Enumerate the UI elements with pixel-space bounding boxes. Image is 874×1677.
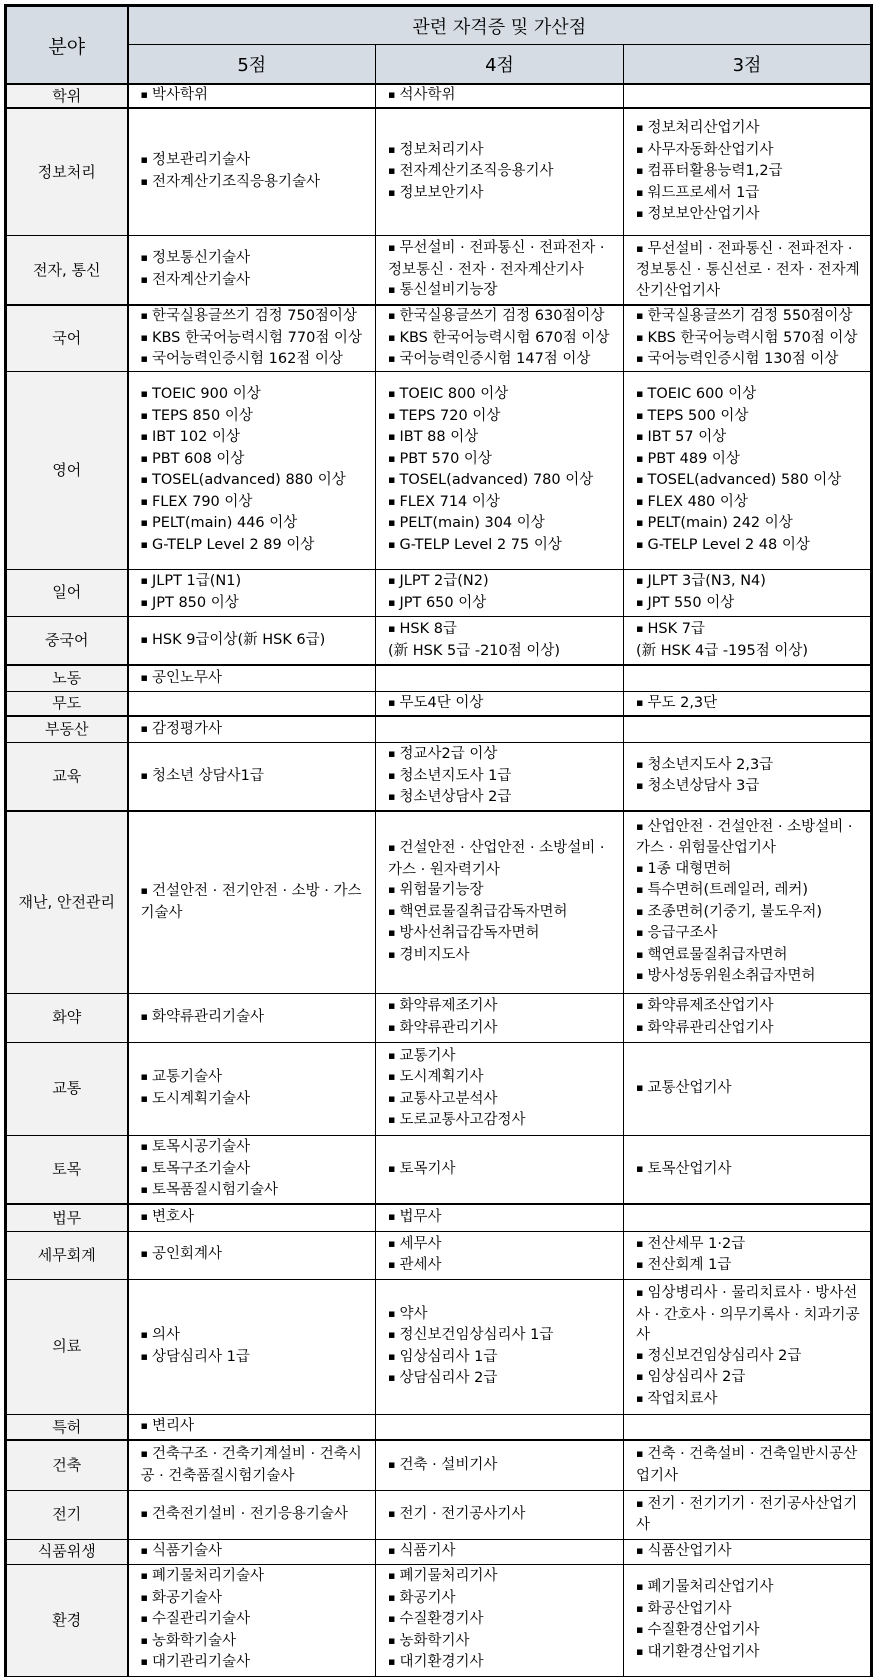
- score-header-5: 5점: [128, 45, 376, 85]
- certification-item: 화약류관리산업기사: [636, 1018, 866, 1040]
- table-row: 토목토목시공기술사토목구조기술사토목품질시험기술사토목기사토목산업기사: [6, 1135, 872, 1204]
- certification-item: 상담심리사 2급: [388, 1368, 619, 1390]
- certification-item: G-TELP Level 2 89 이상: [141, 535, 372, 557]
- score-5-cell: 건축전기설비 · 전기응용기술사: [128, 1490, 376, 1539]
- score-4-cell: 식품기사: [376, 1539, 624, 1564]
- certification-item: 화약류제조산업기사: [636, 996, 866, 1018]
- score-5-cell: HSK 9급이상(新 HSK 6급): [128, 616, 376, 665]
- score-5-cell: TOEIC 900 이상TEPS 850 이상IBT 102 이상PBT 608…: [128, 371, 376, 569]
- certification-item: (新 HSK 5급 -210점 이상): [388, 641, 619, 662]
- certification-item: 핵연료물질취급감독자면허: [388, 902, 619, 924]
- certification-item: 전산세무 1·2급: [636, 1234, 866, 1256]
- score-3-cell: 청소년지도사 2,3급청소년상담사 3급: [624, 742, 872, 811]
- score-5-cell: 박사학위: [128, 84, 376, 108]
- certification-item: 법무사: [388, 1207, 619, 1229]
- field-cell: 학위: [6, 84, 128, 108]
- score-header-4: 4점: [376, 45, 624, 85]
- table-row: 국어한국실용글쓰기 검정 750점이상KBS 한국어능력시험 770점 이상국어…: [6, 305, 872, 371]
- score-4-cell: [376, 716, 624, 742]
- certification-item: 화약류제조기사: [388, 996, 619, 1018]
- score-4-cell: 토목기사: [376, 1135, 624, 1204]
- score-3-cell: 폐기물처리산업기사화공산업기사수질환경산업기사대기환경산업기사: [624, 1564, 872, 1677]
- certification-item: 전자계산기조직응용기술사: [141, 172, 372, 194]
- certification-item: 청소년상담사 2급: [388, 787, 619, 809]
- score-4-cell: 정보처리기사전자계산기조직응용기사정보보안기사: [376, 108, 624, 235]
- certification-item: 정보보안기사: [388, 183, 619, 205]
- certification-item: JPT 650 이상: [388, 593, 619, 615]
- score-4-cell: 법무사: [376, 1204, 624, 1231]
- certification-bonus-table: 분야 관련 자격증 및 가산점 5점 4점 3점 학위박사학위석사학위정보처리정…: [4, 4, 873, 1677]
- table-row: 건축건축구조 · 건축기계설비 · 건축시공 · 건축품질시험기술사건축 · 설…: [6, 1440, 872, 1490]
- certification-item: 화약류관리기사: [388, 1018, 619, 1040]
- score-5-cell: 공인노무사: [128, 665, 376, 691]
- score-4-cell: 전기 · 전기공사기사: [376, 1490, 624, 1539]
- certification-item: 대기환경기사: [388, 1652, 619, 1674]
- field-cell: 토목: [6, 1135, 128, 1204]
- field-cell: 건축: [6, 1440, 128, 1490]
- certification-item: TOEIC 600 이상: [636, 384, 866, 406]
- certification-item: 청소년상담사 3급: [636, 776, 866, 798]
- field-cell: 국어: [6, 305, 128, 371]
- certification-item: 국어능력인증시험 147점 이상: [388, 349, 619, 371]
- table-row: 법무변호사법무사: [6, 1204, 872, 1231]
- score-4-cell: [376, 1414, 624, 1440]
- certification-item: 화공산업기사: [636, 1599, 866, 1621]
- certification-item: 조종면허(기중기, 불도우저): [636, 902, 866, 924]
- score-5-cell: 교통기술사도시계획기술사: [128, 1042, 376, 1135]
- certification-item: 교통사고분석사: [388, 1089, 619, 1111]
- table-row: 의료의사상담심리사 1급약사정신보건임상심리사 1급임상심리사 1급상담심리사 …: [6, 1279, 872, 1414]
- certification-item: 국어능력인증시험 162점 이상: [141, 349, 372, 371]
- certification-item: 핵연료물질취급자면허: [636, 945, 866, 967]
- table-row: 교통교통기술사도시계획기술사교통기사도시계획기사교통사고분석사도로교통사고감정사…: [6, 1042, 872, 1135]
- score-5-cell: 한국실용글쓰기 검정 750점이상KBS 한국어능력시험 770점 이상국어능력…: [128, 305, 376, 371]
- field-cell: 무도: [6, 691, 128, 716]
- table-row: 일어JLPT 1급(N1)JPT 850 이상JLPT 2급(N2)JPT 65…: [6, 569, 872, 616]
- table-row: 교육청소년 상담사1급정교사2급 이상청소년지도사 1급청소년상담사 2급청소년…: [6, 742, 872, 811]
- certification-item: PELT(main) 242 이상: [636, 513, 866, 535]
- field-cell: 화약: [6, 993, 128, 1042]
- certification-item: 토목시공기술사: [141, 1137, 372, 1159]
- certification-item: 건설안전 · 전기안전 · 소방 · 가스기술사: [141, 881, 372, 923]
- certification-item: 대기관리기술사: [141, 1652, 372, 1674]
- certification-item: TOSEL(advanced) 880 이상: [141, 470, 372, 492]
- score-3-cell: 정보처리산업기사사무자동화산업기사컴퓨터활용능력1,2급워드프로세서 1급정보보…: [624, 108, 872, 235]
- certification-item: G-TELP Level 2 48 이상: [636, 535, 866, 557]
- certification-item: HSK 8급: [388, 619, 619, 641]
- certification-item: 정보처리산업기사: [636, 118, 866, 140]
- certification-item: 공인노무사: [141, 668, 372, 690]
- score-4-cell: 무선설비 · 전파통신 · 전파전자 · 정보통신 · 전자 · 전자계산기사통…: [376, 235, 624, 305]
- table-row: 영어TOEIC 900 이상TEPS 850 이상IBT 102 이상PBT 6…: [6, 371, 872, 569]
- certification-item: IBT 88 이상: [388, 427, 619, 449]
- certification-item: TEPS 500 이상: [636, 406, 866, 428]
- field-cell: 교육: [6, 742, 128, 811]
- certification-item: JLPT 2급(N2): [388, 571, 619, 593]
- certification-item: 정보보안산업기사: [636, 204, 866, 226]
- certification-item: 화공기술사: [141, 1588, 372, 1610]
- certification-item: 경비지도사: [388, 945, 619, 967]
- score-3-cell: JLPT 3급(N3, N4)JPT 550 이상: [624, 569, 872, 616]
- score-3-cell: 무도 2,3단: [624, 691, 872, 716]
- certification-item: JLPT 3급(N3, N4): [636, 571, 866, 593]
- certification-item: 교통산업기사: [636, 1078, 866, 1100]
- score-3-cell: 전산세무 1·2급전산회계 1급: [624, 1231, 872, 1279]
- certification-item: 방사성동위원소취급자면허: [636, 966, 866, 988]
- table-row: 정보처리정보관리기술사전자계산기조직응용기술사정보처리기사전자계산기조직응용기사…: [6, 108, 872, 235]
- score-5-cell: 식품기술사: [128, 1539, 376, 1564]
- certification-item: 1종 대형면허: [636, 859, 866, 881]
- certification-item: 변호사: [141, 1207, 372, 1229]
- field-cell: 의료: [6, 1279, 128, 1414]
- certification-item: 감정평가사: [141, 719, 372, 741]
- certification-item: 워드프로세서 1급: [636, 183, 866, 205]
- certification-item: 정신보건임상심리사 1급: [388, 1325, 619, 1347]
- certification-item: 전자계산기조직응용기사: [388, 161, 619, 183]
- certification-item: 석사학위: [388, 85, 619, 107]
- table-row: 화약화약류관리기술사화약류제조기사화약류관리기사화약류제조산업기사화약류관리산업…: [6, 993, 872, 1042]
- field-cell: 일어: [6, 569, 128, 616]
- certification-item: 농화학기사: [388, 1631, 619, 1653]
- certification-item: HSK 9급이상(新 HSK 6급): [141, 630, 372, 652]
- field-cell: 정보처리: [6, 108, 128, 235]
- certification-item: 식품산업기사: [636, 1541, 866, 1563]
- certification-item: 산업안전 · 건설안전 · 소방설비 · 가스 · 위험물산업기사: [636, 817, 866, 859]
- certification-item: 건축 · 건축설비 · 건축일반시공산업기사: [636, 1444, 866, 1486]
- score-3-cell: 화약류제조산업기사화약류관리산업기사: [624, 993, 872, 1042]
- certification-item: 임상심리사 1급: [388, 1347, 619, 1369]
- score-5-cell: 청소년 상담사1급: [128, 742, 376, 811]
- certification-item: (新 HSK 4급 -195점 이상): [636, 641, 866, 662]
- score-5-cell: 건설안전 · 전기안전 · 소방 · 가스기술사: [128, 811, 376, 993]
- certification-item: 상담심리사 1급: [141, 1347, 372, 1369]
- score-4-cell: HSK 8급(新 HSK 5급 -210점 이상): [376, 616, 624, 665]
- certification-item: TOEIC 800 이상: [388, 384, 619, 406]
- certification-item: TOSEL(advanced) 780 이상: [388, 470, 619, 492]
- certification-item: 폐기물처리산업기사: [636, 1577, 866, 1599]
- certification-item: PELT(main) 304 이상: [388, 513, 619, 535]
- score-4-cell: 한국실용글쓰기 검정 630점이상KBS 한국어능력시험 670점 이상국어능력…: [376, 305, 624, 371]
- certification-item: 특수면허(트레일러, 레커): [636, 880, 866, 902]
- table-row: 환경폐기물처리기술사화공기술사수질관리기술사농화학기술사대기관리기술사폐기물처리…: [6, 1564, 872, 1677]
- certification-item: 공인회계사: [141, 1244, 372, 1266]
- certification-item: 정보통신기술사: [141, 248, 372, 270]
- certification-item: 토목산업기사: [636, 1159, 866, 1181]
- score-4-cell: TOEIC 800 이상TEPS 720 이상IBT 88 이상PBT 570 …: [376, 371, 624, 569]
- table-row: 중국어HSK 9급이상(新 HSK 6급)HSK 8급(新 HSK 5급 -21…: [6, 616, 872, 665]
- certification-item: 임상심리사 2급: [636, 1367, 866, 1389]
- certification-item: 위험물기능장: [388, 880, 619, 902]
- certification-item: 사무자동화산업기사: [636, 140, 866, 162]
- certification-item: FLEX 790 이상: [141, 492, 372, 514]
- certification-item: PBT 608 이상: [141, 449, 372, 471]
- certification-item: 무선설비 · 전파통신 · 전파전자 · 정보통신 · 통신선로 · 전자 · …: [636, 239, 866, 302]
- certification-item: 토목품질시험기술사: [141, 1180, 372, 1202]
- certification-item: 도로교통사고감정사: [388, 1110, 619, 1132]
- score-4-cell: 무도4단 이상: [376, 691, 624, 716]
- certification-item: 수질환경기사: [388, 1609, 619, 1631]
- field-cell: 세무회계: [6, 1231, 128, 1279]
- certification-item: 한국실용글쓰기 검정 630점이상: [388, 306, 619, 328]
- certification-item: 건축 · 설비기사: [388, 1455, 619, 1477]
- score-5-cell: 변호사: [128, 1204, 376, 1231]
- certification-item: 교통기사: [388, 1046, 619, 1068]
- certification-item: 건축전기설비 · 전기응용기술사: [141, 1504, 372, 1526]
- certification-item: TEPS 850 이상: [141, 406, 372, 428]
- score-3-cell: 교통산업기사: [624, 1042, 872, 1135]
- score-5-cell: 폐기물처리기술사화공기술사수질관리기술사농화학기술사대기관리기술사: [128, 1564, 376, 1677]
- certification-item: 전기 · 전기기기 · 전기공사산업기사: [636, 1494, 866, 1536]
- certification-item: 도시계획기술사: [141, 1089, 372, 1111]
- table-row: 식품위생식품기술사식품기사식품산업기사: [6, 1539, 872, 1564]
- certification-item: 관세사: [388, 1255, 619, 1277]
- certification-item: 도시계획기사: [388, 1067, 619, 1089]
- certification-item: 폐기물처리기사: [388, 1566, 619, 1588]
- field-cell: 식품위생: [6, 1539, 128, 1564]
- field-cell: 재난, 안전관리: [6, 811, 128, 993]
- table-body: 학위박사학위석사학위정보처리정보관리기술사전자계산기조직응용기술사정보처리기사전…: [6, 84, 872, 1677]
- table-row: 전자, 통신정보통신기술사전자계산기술사무선설비 · 전파통신 · 전파전자 ·…: [6, 235, 872, 305]
- certification-item: PBT 489 이상: [636, 449, 866, 471]
- score-3-cell: [624, 716, 872, 742]
- field-cell: 노동: [6, 665, 128, 691]
- certification-item: 무선설비 · 전파통신 · 전파전자 · 정보통신 · 전자 · 전자계산기사: [388, 238, 619, 280]
- table-row: 재난, 안전관리건설안전 · 전기안전 · 소방 · 가스기술사건설안전 · 산…: [6, 811, 872, 993]
- certification-item: 한국실용글쓰기 검정 550점이상: [636, 306, 866, 328]
- certification-item: 폐기물처리기술사: [141, 1566, 372, 1588]
- certification-item: 식품기사: [388, 1541, 619, 1563]
- certification-item: 청소년지도사 2,3급: [636, 755, 866, 777]
- certification-item: 정보관리기술사: [141, 150, 372, 172]
- certification-item: 정보처리기사: [388, 140, 619, 162]
- score-5-cell: 의사상담심리사 1급: [128, 1279, 376, 1414]
- score-5-cell: 건축구조 · 건축기계설비 · 건축시공 · 건축품질시험기술사: [128, 1440, 376, 1490]
- certification-item: IBT 57 이상: [636, 427, 866, 449]
- certification-item: KBS 한국어능력시험 570점 이상: [636, 328, 866, 350]
- score-4-cell: 건설안전 · 산업안전 · 소방설비 · 가스 · 원자력기사위험물기능장핵연료…: [376, 811, 624, 993]
- certification-item: G-TELP Level 2 75 이상: [388, 535, 619, 557]
- field-cell: 전기: [6, 1490, 128, 1539]
- certification-item: PELT(main) 446 이상: [141, 513, 372, 535]
- score-4-cell: 정교사2급 이상청소년지도사 1급청소년상담사 2급: [376, 742, 624, 811]
- certification-item: JLPT 1급(N1): [141, 571, 372, 593]
- certification-item: 세무사: [388, 1234, 619, 1256]
- field-cell: 환경: [6, 1564, 128, 1677]
- certification-item: 국어능력인증시험 130점 이상: [636, 349, 866, 371]
- score-4-cell: 교통기사도시계획기사교통사고분석사도로교통사고감정사: [376, 1042, 624, 1135]
- score-3-cell: 무선설비 · 전파통신 · 전파전자 · 정보통신 · 통신선로 · 전자 · …: [624, 235, 872, 305]
- score-3-cell: [624, 84, 872, 108]
- score-5-cell: 변리사: [128, 1414, 376, 1440]
- certification-item: 정교사2급 이상: [388, 744, 619, 766]
- certification-item: 무도 2,3단: [636, 693, 866, 715]
- score-header-3: 3점: [624, 45, 872, 85]
- certification-item: 임상병리사 · 물리치료사 · 방사선사 · 간호사 · 의무기록사 · 치과기…: [636, 1283, 866, 1346]
- score-3-cell: 전기 · 전기기기 · 전기공사산업기사: [624, 1490, 872, 1539]
- field-column-header: 분야: [6, 6, 128, 85]
- table-row: 전기건축전기설비 · 전기응용기술사전기 · 전기공사기사전기 · 전기기기 ·…: [6, 1490, 872, 1539]
- certification-item: JPT 550 이상: [636, 593, 866, 615]
- field-cell: 특허: [6, 1414, 128, 1440]
- score-3-cell: HSK 7급(新 HSK 4급 -195점 이상): [624, 616, 872, 665]
- certification-item: 전기 · 전기공사기사: [388, 1504, 619, 1526]
- certification-item: 약사: [388, 1304, 619, 1326]
- score-4-cell: 석사학위: [376, 84, 624, 108]
- score-3-cell: 한국실용글쓰기 검정 550점이상KBS 한국어능력시험 570점 이상국어능력…: [624, 305, 872, 371]
- certification-item: 식품기술사: [141, 1541, 372, 1563]
- certification-item: JPT 850 이상: [141, 593, 372, 615]
- certification-item: IBT 102 이상: [141, 427, 372, 449]
- score-5-cell: 정보통신기술사전자계산기술사: [128, 235, 376, 305]
- certification-item: 교통기술사: [141, 1067, 372, 1089]
- score-3-cell: 토목산업기사: [624, 1135, 872, 1204]
- score-3-cell: 건축 · 건축설비 · 건축일반시공산업기사: [624, 1440, 872, 1490]
- field-cell: 법무: [6, 1204, 128, 1231]
- certification-item: 토목구조기술사: [141, 1159, 372, 1181]
- score-4-cell: JLPT 2급(N2)JPT 650 이상: [376, 569, 624, 616]
- certification-item: 청소년 상담사1급: [141, 766, 372, 788]
- score-4-cell: 화약류제조기사화약류관리기사: [376, 993, 624, 1042]
- certification-item: 컴퓨터활용능력1,2급: [636, 161, 866, 183]
- certification-item: 전자계산기술사: [141, 270, 372, 292]
- certification-item: 대기환경산업기사: [636, 1642, 866, 1664]
- score-3-cell: 식품산업기사: [624, 1539, 872, 1564]
- certification-item: HSK 7급: [636, 619, 866, 641]
- certification-item: 방사선취급감독자면허: [388, 923, 619, 945]
- table-row: 세무회계공인회계사세무사관세사전산세무 1·2급전산회계 1급: [6, 1231, 872, 1279]
- score-3-cell: [624, 665, 872, 691]
- certification-item: FLEX 714 이상: [388, 492, 619, 514]
- score-5-cell: 화약류관리기술사: [128, 993, 376, 1042]
- table-row: 특허변리사: [6, 1414, 872, 1440]
- certification-item: 박사학위: [141, 85, 372, 107]
- certification-item: 화공기사: [388, 1588, 619, 1610]
- field-cell: 교통: [6, 1042, 128, 1135]
- certification-item: PBT 570 이상: [388, 449, 619, 471]
- certification-item: 응급구조사: [636, 923, 866, 945]
- certification-item: 변리사: [141, 1416, 372, 1438]
- table-row: 부동산감정평가사: [6, 716, 872, 742]
- certification-item: 통신설비기능장: [388, 280, 619, 302]
- score-4-cell: 세무사관세사: [376, 1231, 624, 1279]
- certification-item: TOEIC 900 이상: [141, 384, 372, 406]
- field-cell: 전자, 통신: [6, 235, 128, 305]
- score-5-cell: [128, 691, 376, 716]
- score-3-cell: [624, 1414, 872, 1440]
- certification-item: 건축구조 · 건축기계설비 · 건축시공 · 건축품질시험기술사: [141, 1444, 372, 1486]
- certification-item: 한국실용글쓰기 검정 750점이상: [141, 306, 372, 328]
- certification-item: 수질환경산업기사: [636, 1620, 866, 1642]
- score-3-cell: TOEIC 600 이상TEPS 500 이상IBT 57 이상PBT 489 …: [624, 371, 872, 569]
- score-5-cell: 공인회계사: [128, 1231, 376, 1279]
- score-5-cell: JLPT 1급(N1)JPT 850 이상: [128, 569, 376, 616]
- certification-item: KBS 한국어능력시험 770점 이상: [141, 328, 372, 350]
- certification-item: 정신보건임상심리사 2급: [636, 1346, 866, 1368]
- certification-item: TOSEL(advanced) 580 이상: [636, 470, 866, 492]
- field-cell: 영어: [6, 371, 128, 569]
- certification-item: 무도4단 이상: [388, 693, 619, 715]
- certification-item: 토목기사: [388, 1159, 619, 1181]
- certification-item: 전산회계 1급: [636, 1255, 866, 1277]
- table-row: 학위박사학위석사학위: [6, 84, 872, 108]
- certification-item: 의사: [141, 1325, 372, 1347]
- certification-item: 농화학기술사: [141, 1631, 372, 1653]
- score-3-cell: 산업안전 · 건설안전 · 소방설비 · 가스 · 위험물산업기사1종 대형면허…: [624, 811, 872, 993]
- certification-item: 건설안전 · 산업안전 · 소방설비 · 가스 · 원자력기사: [388, 838, 619, 880]
- score-4-cell: 건축 · 설비기사: [376, 1440, 624, 1490]
- certification-item: KBS 한국어능력시험 670점 이상: [388, 328, 619, 350]
- field-cell: 부동산: [6, 716, 128, 742]
- score-4-cell: [376, 665, 624, 691]
- certifications-group-header: 관련 자격증 및 가산점: [128, 6, 872, 45]
- certification-item: 화약류관리기술사: [141, 1007, 372, 1029]
- score-3-cell: 임상병리사 · 물리치료사 · 방사선사 · 간호사 · 의무기록사 · 치과기…: [624, 1279, 872, 1414]
- field-cell: 중국어: [6, 616, 128, 665]
- certification-item: 작업치료사: [636, 1389, 866, 1411]
- table-row: 노동공인노무사: [6, 665, 872, 691]
- score-5-cell: 정보관리기술사전자계산기조직응용기술사: [128, 108, 376, 235]
- score-5-cell: 감정평가사: [128, 716, 376, 742]
- score-4-cell: 약사정신보건임상심리사 1급임상심리사 1급상담심리사 2급: [376, 1279, 624, 1414]
- certification-item: 수질관리기술사: [141, 1609, 372, 1631]
- score-5-cell: 토목시공기술사토목구조기술사토목품질시험기술사: [128, 1135, 376, 1204]
- score-4-cell: 폐기물처리기사화공기사수질환경기사농화학기사대기환경기사: [376, 1564, 624, 1677]
- certification-item: 청소년지도사 1급: [388, 766, 619, 788]
- table-row: 무도무도4단 이상무도 2,3단: [6, 691, 872, 716]
- certification-item: TEPS 720 이상: [388, 406, 619, 428]
- score-3-cell: [624, 1204, 872, 1231]
- certification-item: FLEX 480 이상: [636, 492, 866, 514]
